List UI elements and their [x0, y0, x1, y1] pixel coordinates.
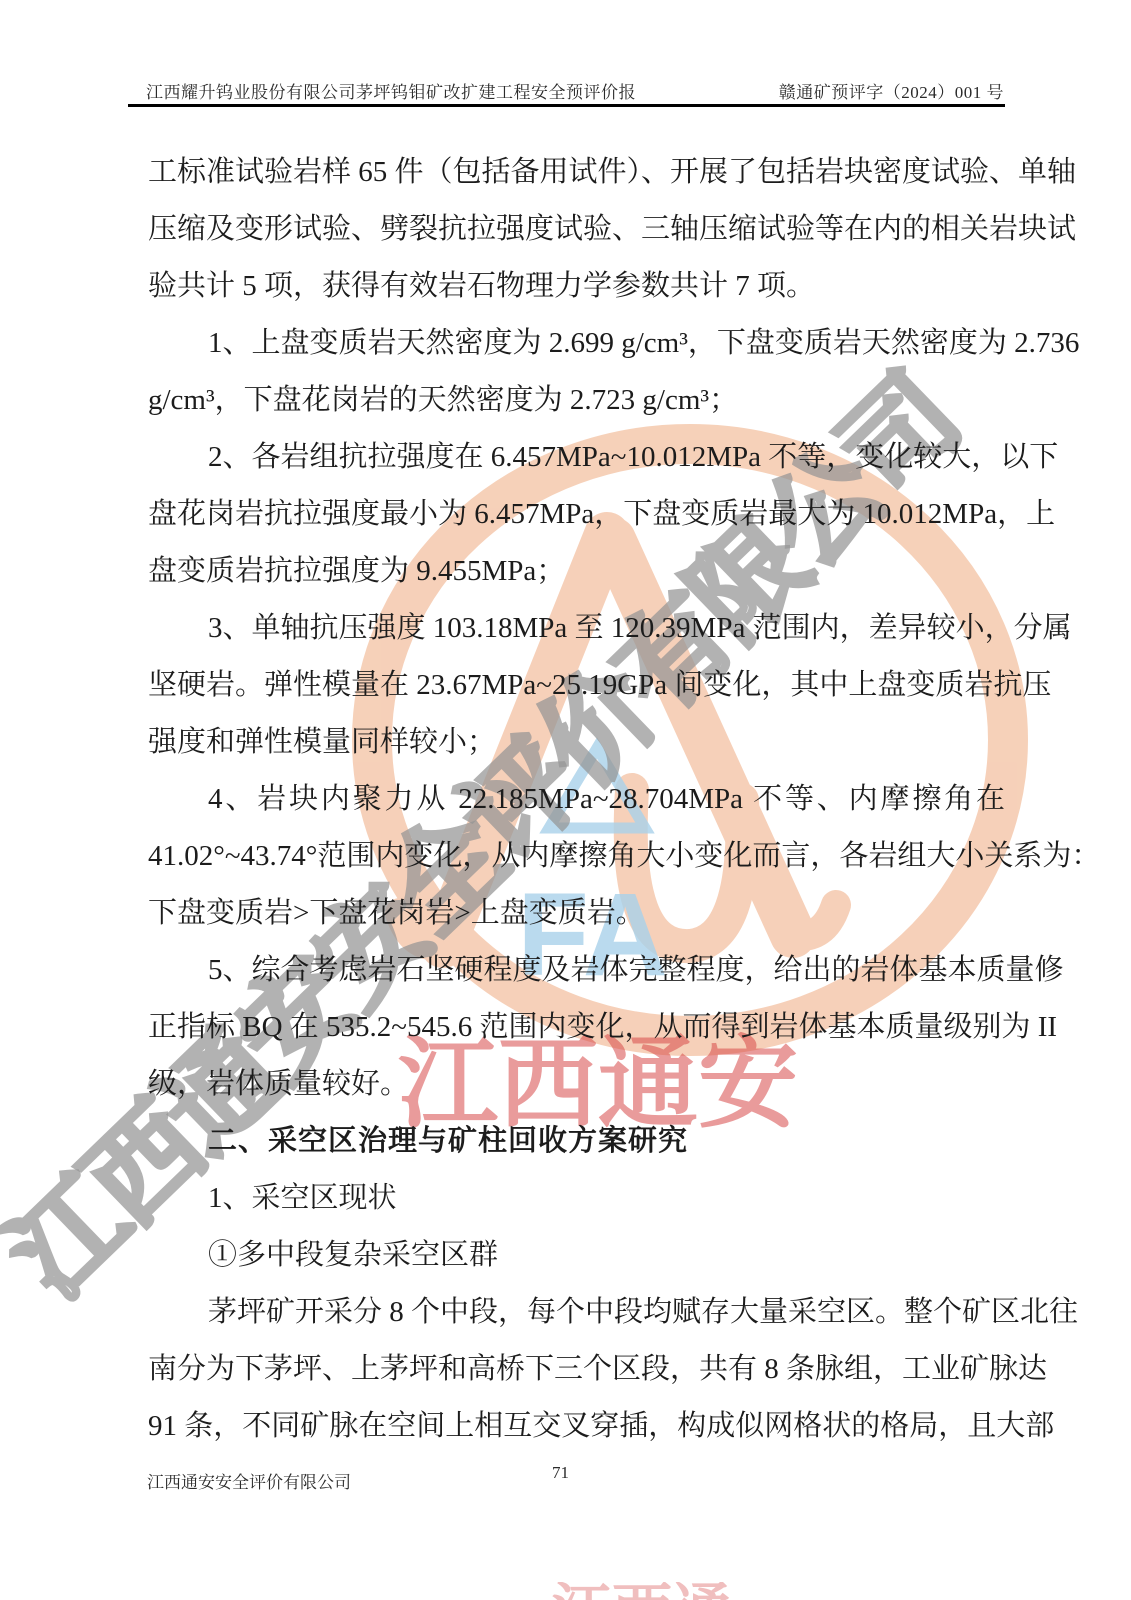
- body-line: 下盘变质岩>下盘花岗岩>上盘变质岩。: [148, 892, 1005, 934]
- section-heading: 二、采空区治理与矿柱回收方案研究: [148, 1120, 1005, 1162]
- body-line: 4、岩块内聚力从 22.185MPa~28.704MPa 不等、内摩擦角在: [148, 778, 1005, 820]
- body-line: 2、各岩组抗拉强度在 6.457MPa~10.012MPa 不等，变化较大，以下: [148, 436, 1005, 478]
- document-page: FA 江西通安安全评价有限公司 江西通安 江西通安 江西耀升钨业股份有限公司茅坪…: [0, 0, 1131, 1600]
- header-document-number: 赣通矿预评字（2024）001 号: [779, 78, 1004, 103]
- watermark-char: 西: [68, 1090, 220, 1242]
- body-line: ①多中段复杂采空区群: [148, 1234, 1005, 1276]
- footer-page-number: 71: [552, 1463, 569, 1483]
- watermark-char: 江: [0, 1163, 145, 1315]
- body-line: 强度和弹性模量同样较小；: [148, 721, 1005, 763]
- body-line: 工标准试验岩样 65 件（包括备用试件）、开展了包括岩块密度试验、单轴: [148, 151, 1005, 193]
- body-line: 41.02°~43.74°范围内变化，从内摩擦角大小变化而言，各岩组大小关系为：: [148, 835, 1005, 877]
- header-rule: [128, 104, 1005, 107]
- body-line: 盘花岗岩抗拉强度最小为 6.457MPa，下盘变质岩最大为 10.012MPa，…: [148, 493, 1005, 535]
- body-line: 1、上盘变质岩天然密度为 2.699 g/cm³，下盘变质岩天然密度为 2.73…: [148, 322, 1005, 364]
- body-line: 验共计 5 项，获得有效岩石物理力学参数共计 7 项。: [148, 265, 1005, 307]
- footer-company-name: 江西通安安全评价有限公司: [147, 1468, 351, 1493]
- body-line: 91 条，不同矿脉在空间上相互交叉穿插，构成似网格状的格局，且大部: [148, 1405, 1005, 1447]
- body-line: g/cm³，下盘花岗岩的天然密度为 2.723 g/cm³；: [148, 379, 1005, 421]
- header-report-title: 江西耀升钨业股份有限公司茅坪钨钼矿改扩建工程安全预评价报: [146, 78, 636, 103]
- body-line: 压缩及变形试验、劈裂抗拉强度试验、三轴压缩试验等在内的相关岩块试: [148, 208, 1005, 250]
- body-line: 南分为下茅坪、上茅坪和高桥下三个区段，共有 8 条脉组，工业矿脉达: [148, 1348, 1005, 1390]
- body-line: 坚硬岩。弹性模量在 23.67MPa~25.19GPa 间变化，其中上盘变质岩抗…: [148, 664, 1005, 706]
- body-line: 级，岩体质量较好。: [148, 1063, 1005, 1105]
- body-line: 1、采空区现状: [148, 1177, 1005, 1219]
- body-line: 3、单轴抗压强度 103.18MPa 至 120.39MPa 范围内，差异较小，…: [148, 607, 1005, 649]
- body-line: 茅坪矿开采分 8 个中段，每个中段均赋存大量采空区。整个矿区北往: [148, 1291, 1005, 1333]
- red-watermark-fragment: 江西通安: [552, 1582, 782, 1600]
- body-line: 5、综合考虑岩石坚硬程度及岩体完整程度，给出的岩体基本质量修: [148, 949, 1005, 991]
- body-line: 盘变质岩抗拉强度为 9.455MPa；: [148, 550, 1005, 592]
- watermark-char: 有: [597, 580, 749, 732]
- body-line: 正指标 BQ 在 535.2~545.6 范围内变化，从而得到岩体基本质量级别为…: [148, 1006, 1005, 1048]
